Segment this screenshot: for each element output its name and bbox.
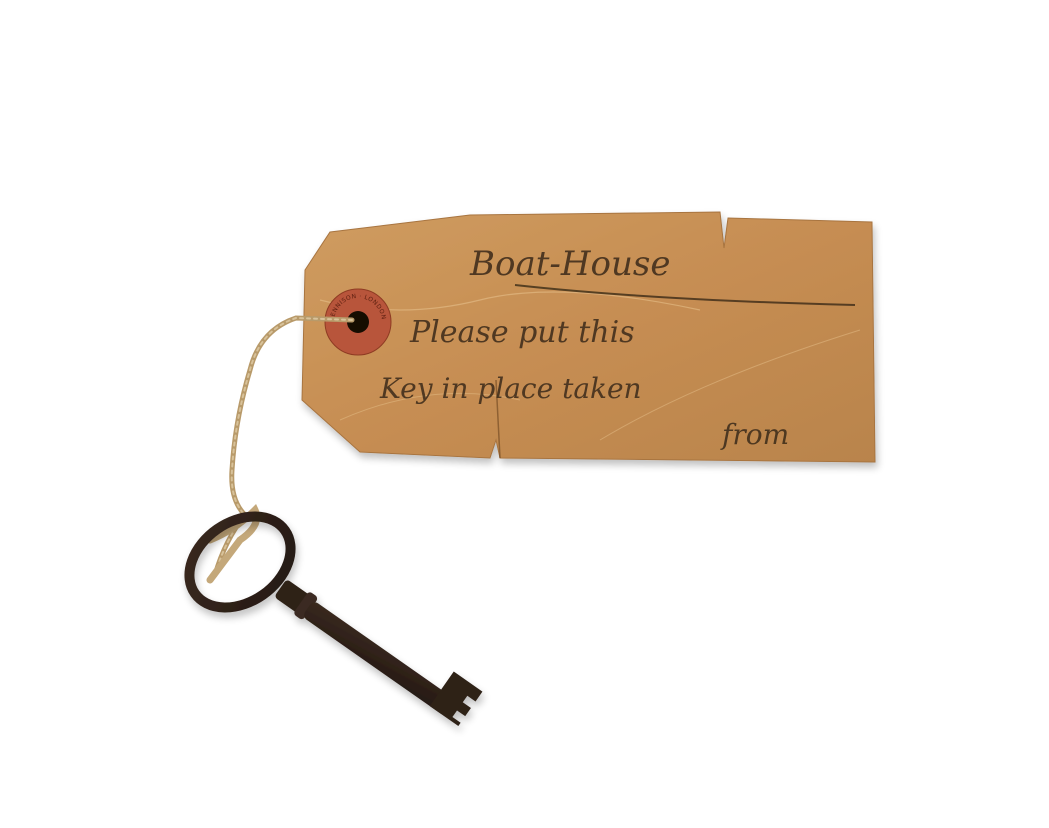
tag-line-3: from: [720, 418, 789, 451]
eyelet-reinforcement: DENNISON · LONDON: [325, 289, 391, 355]
tag-title-text: Boat-House: [469, 244, 670, 284]
luggage-tag: Boat-House Please put this Key in place …: [302, 212, 875, 462]
tag-line-2: Key in place taken: [379, 372, 642, 405]
photo-scene: Boat-House Please put this Key in place …: [0, 0, 1049, 828]
tag-line-1: Please put this: [409, 315, 635, 350]
antique-key: [172, 498, 482, 729]
